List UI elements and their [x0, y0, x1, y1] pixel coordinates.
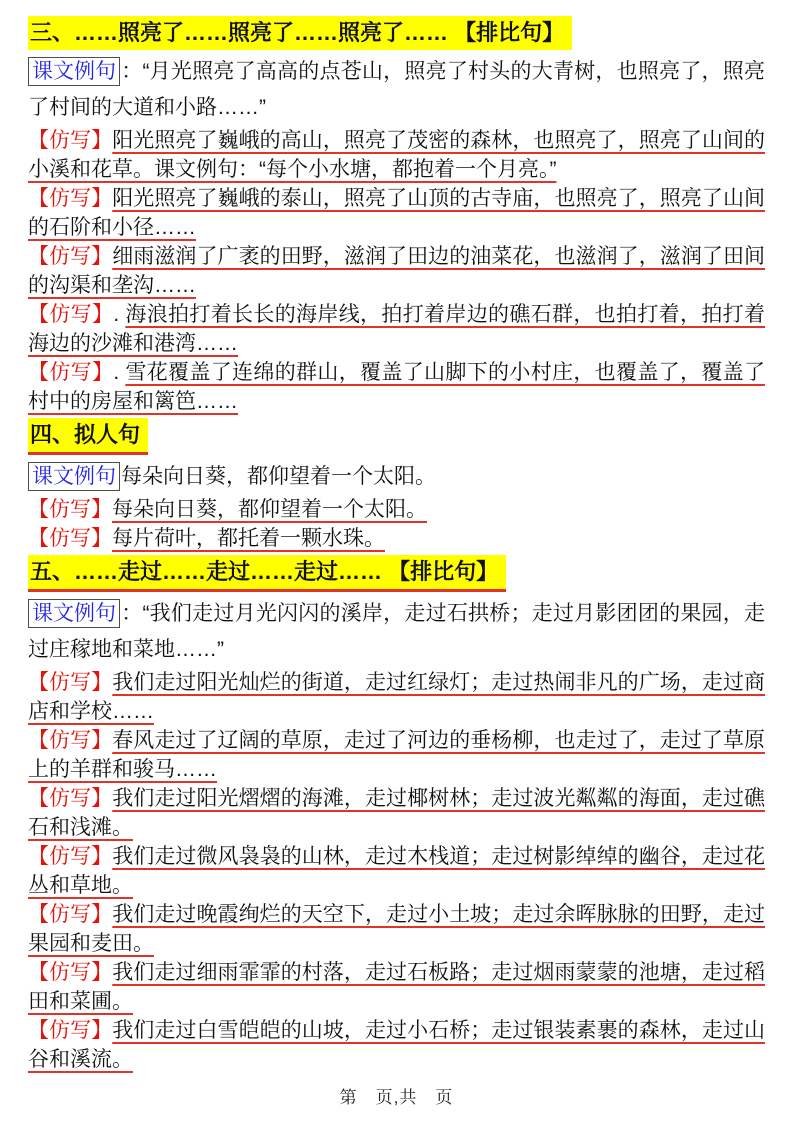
imitation-text: 我们走过阳光灿烂的街道，走过红绿灯；走过热闹非凡的广场，走过商店和学校…… — [28, 671, 765, 723]
imitation-text: 每朵向日葵，都仰望着一个太阳。 — [112, 498, 427, 521]
imitation-text: 我们走过阳光熠熠的海滩，走过椰树林；走过波光粼粼的海面，走过礁石和浅滩。 — [28, 787, 765, 839]
example-label-box: 课文例句 — [28, 462, 120, 491]
imitation-label: 【仿写】 — [28, 671, 112, 694]
example-separator: ： — [121, 602, 142, 625]
example-sentence: 课文例句：“月光照亮了高高的点苍山，照亮了村头的大青树，也照亮了，照亮了村间的大… — [28, 54, 765, 126]
section-heading: 三、……照亮了……照亮了……照亮了…… 【排比句】 — [28, 16, 765, 50]
imitation-label: 【仿写】 — [28, 129, 112, 152]
example-sentence: 课文例句：“我们走过月光闪闪的溪岸，走过石拱桥；走过月影团团的果园，走过庄稼地和… — [28, 596, 765, 668]
section-heading: 四、拟人句 — [28, 418, 765, 455]
section-five: 五、……走过……走过……走过…… 【排比句】课文例句：“我们走过月光闪闪的溪岸，… — [28, 555, 765, 1074]
imitation-sentence: 【仿写】我们走过微风袅袅的山林，走过木栈道；走过树影绰绰的幽谷，走过花丛和草地。 — [28, 842, 765, 900]
imitation-sentence: 【仿写】阳光照亮了巍峨的高山，照亮了茂密的森林，也照亮了，照亮了山间的小溪和花草… — [28, 126, 765, 184]
section-heading: 五、……走过……走过……走过…… 【排比句】 — [28, 555, 765, 592]
imitation-text: 每片荷叶，都托着一颗水珠。 — [112, 527, 385, 550]
imitation-text: 春风走过了辽阔的草原，走过了河边的垂杨柳，也走过了，走过了草原上的羊群和骏马…… — [28, 729, 765, 781]
page-footer-text: 第 页,共 页 — [340, 1088, 454, 1107]
section-four: 四、拟人句课文例句每朵向日葵，都仰望着一个太阳。【仿写】每朵向日葵，都仰望着一个… — [28, 418, 765, 553]
imitation-sentence: 【仿写】每朵向日葵，都仰望着一个太阳。 — [28, 495, 765, 524]
imitation-text: 海浪拍打着长长的海岸线，拍打着岸边的礁石群，也拍打着，拍打着海边的沙滩和港湾…… — [28, 303, 765, 355]
imitation-text: 细雨滋润了广袤的田野，滋润了田边的油菜花，也滋润了，滋润了田间的沟渠和垄沟…… — [28, 245, 765, 297]
imitation-text: 阳光照亮了巍峨的泰山，照亮了山顶的古寺庙，也照亮了，照亮了山间的石阶和小径…… — [28, 187, 765, 239]
imitation-label: 【仿写】 — [28, 361, 113, 384]
imitation-label: 【仿写】 — [28, 187, 112, 210]
imitation-sentence: 【仿写】细雨滋润了广袤的田野，滋润了田边的油菜花，也滋润了，滋润了田间的沟渠和垄… — [28, 242, 765, 300]
imitation-label: 【仿写】 — [28, 729, 112, 752]
example-separator: ： — [121, 60, 142, 83]
imitation-text: 阳光照亮了巍峨的高山，照亮了茂密的森林，也照亮了，照亮了山间的小溪和花草。课文例… — [28, 129, 765, 181]
imitation-sentence: 【仿写】我们走过阳光灿烂的街道，走过红绿灯；走过热闹非凡的广场，走过商店和学校…… — [28, 668, 765, 726]
section-three: 三、……照亮了……照亮了……照亮了…… 【排比句】课文例句：“月光照亮了高高的点… — [28, 16, 765, 416]
example-label-box: 课文例句 — [28, 57, 120, 86]
imitation-text: 我们走过微风袅袅的山林，走过木栈道；走过树影绰绰的幽谷，走过花丛和草地。 — [28, 845, 765, 897]
example-text: 每朵向日葵，都仰望着一个太阳。 — [121, 465, 436, 488]
imitation-sentence: 【仿写】. 海浪拍打着长长的海岸线，拍打着岸边的礁石群，也拍打着，拍打着海边的沙… — [28, 300, 765, 358]
imitation-label: 【仿写】 — [28, 245, 112, 268]
section-heading-text: 三、……照亮了……照亮了……照亮了…… 【排比句】 — [28, 16, 572, 50]
imitation-label: 【仿写】 — [28, 961, 112, 984]
imitation-label: 【仿写】 — [28, 527, 112, 550]
imitation-label: 【仿写】 — [28, 303, 113, 326]
section-heading-text: 五、……走过……走过……走过…… 【排比句】 — [28, 555, 506, 592]
imitation-text: 我们走过晚霞绚烂的天空下，走过小土坡；走过余晖脉脉的田野，走过果园和麦田。 — [28, 903, 765, 955]
page-footer: 第 页,共 页 — [0, 1083, 793, 1108]
imitation-text: 我们走过白雪皑皑的山坡，走过小石桥；走过银装素裹的森林，走过山谷和溪流。 — [28, 1019, 765, 1071]
document-content: 三、……照亮了……照亮了……照亮了…… 【排比句】课文例句：“月光照亮了高高的点… — [28, 16, 765, 1074]
imitation-sentence: 【仿写】我们走过阳光熠熠的海滩，走过椰树林；走过波光粼粼的海面，走过礁石和浅滩。 — [28, 784, 765, 842]
document-page: 三、……照亮了……照亮了……照亮了…… 【排比句】课文例句：“月光照亮了高高的点… — [0, 0, 793, 1122]
imitation-text: 雪花覆盖了连绵的群山，覆盖了山脚下的小村庄，也覆盖了，覆盖了村中的房屋和篱笆…… — [28, 361, 765, 413]
imitation-sentence: 【仿写】我们走过白雪皑皑的山坡，走过小石桥；走过银装素裹的森林，走过山谷和溪流。 — [28, 1016, 765, 1074]
imitation-sentence: 【仿写】我们走过细雨霏霏的村落，走过石板路；走过烟雨蒙蒙的池塘，走过稻田和菜圃。 — [28, 958, 765, 1016]
imitation-label: 【仿写】 — [28, 1019, 112, 1042]
imitation-text: 我们走过细雨霏霏的村落，走过石板路；走过烟雨蒙蒙的池塘，走过稻田和菜圃。 — [28, 961, 765, 1013]
example-label-box: 课文例句 — [28, 599, 120, 628]
imitation-label: 【仿写】 — [28, 845, 112, 868]
imitation-prefix: . — [113, 361, 125, 384]
imitation-label: 【仿写】 — [28, 787, 112, 810]
section-heading-text: 四、拟人句 — [28, 418, 148, 455]
example-sentence: 课文例句每朵向日葵，都仰望着一个太阳。 — [28, 459, 765, 495]
imitation-sentence: 【仿写】我们走过晚霞绚烂的天空下，走过小土坡；走过余晖脉脉的田野，走过果园和麦田… — [28, 900, 765, 958]
imitation-sentence: 【仿写】. 雪花覆盖了连绵的群山，覆盖了山脚下的小村庄，也覆盖了，覆盖了村中的房… — [28, 358, 765, 416]
imitation-sentence: 【仿写】春风走过了辽阔的草原，走过了河边的垂杨柳，也走过了，走过了草原上的羊群和… — [28, 726, 765, 784]
imitation-sentence: 【仿写】每片荷叶，都托着一颗水珠。 — [28, 524, 765, 553]
imitation-label: 【仿写】 — [28, 903, 112, 926]
imitation-sentence: 【仿写】阳光照亮了巍峨的泰山，照亮了山顶的古寺庙，也照亮了，照亮了山间的石阶和小… — [28, 184, 765, 242]
imitation-label: 【仿写】 — [28, 498, 112, 521]
imitation-prefix: . — [113, 303, 125, 326]
